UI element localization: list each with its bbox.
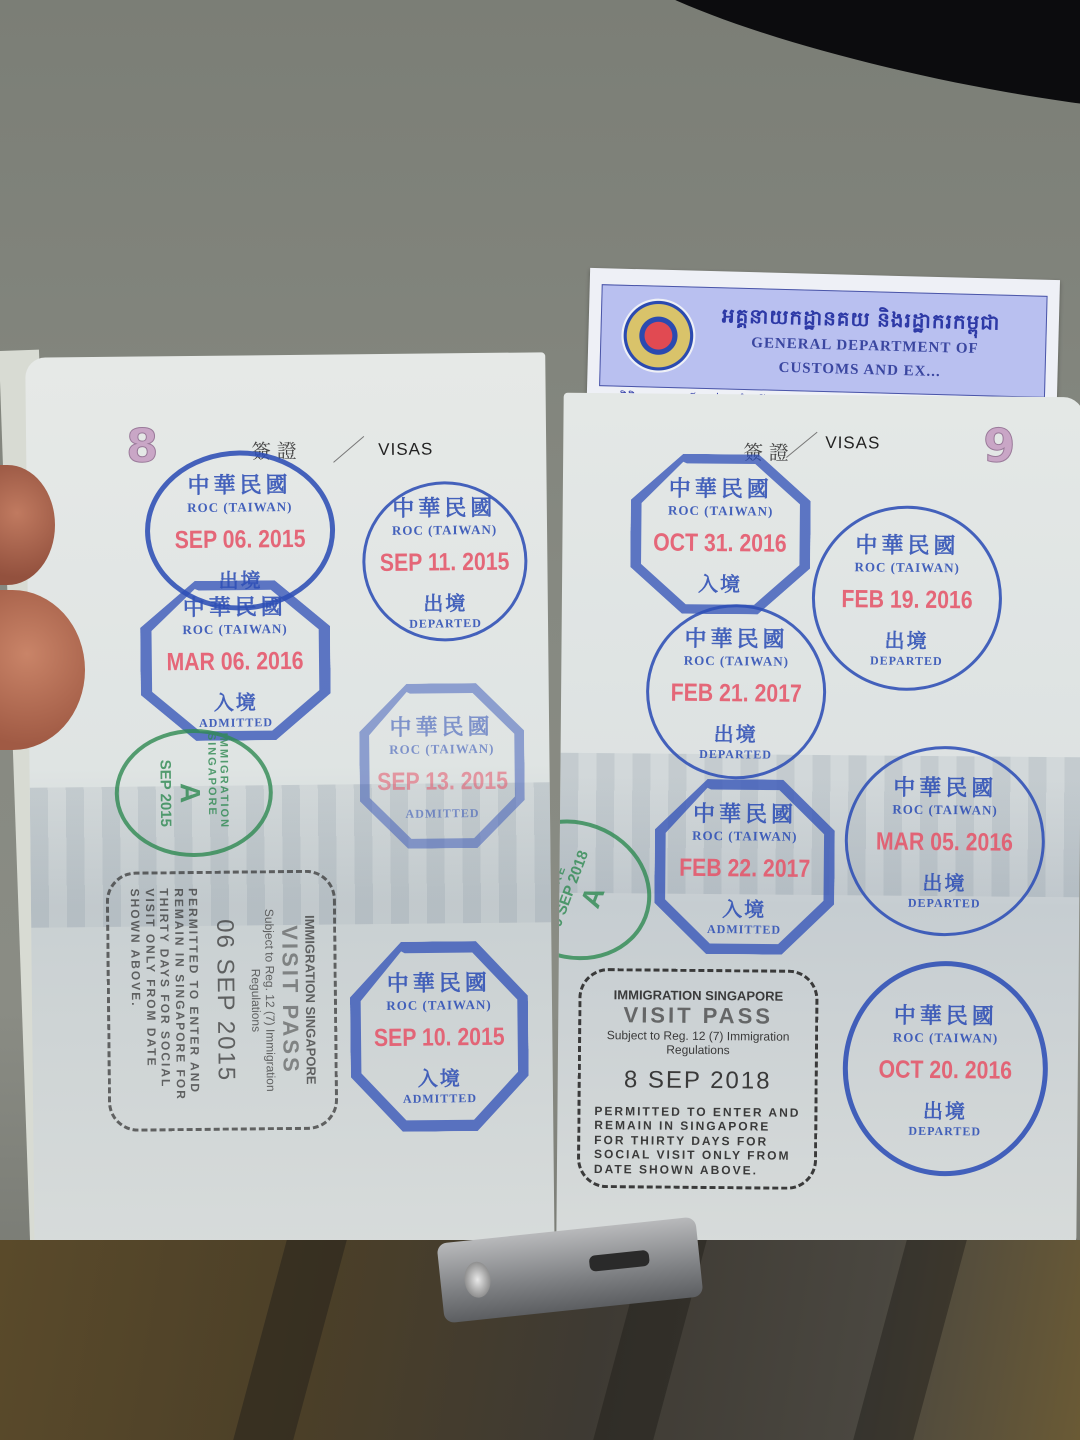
stamp-kind: DEPARTED [908, 896, 981, 912]
stamp-roc-label: ROC (TAIWAN) [892, 802, 997, 819]
stamp-roc-label: ROC (TAIWAN) [893, 1029, 998, 1046]
stamp-date: SEP 10. 2015 [374, 1023, 505, 1053]
stamp-action: 出境 [922, 867, 966, 896]
visas-header: VISAS [825, 433, 880, 453]
fabric-fold [853, 1240, 967, 1440]
stamp-date: MAR 05. 2016 [876, 827, 1013, 857]
page-number: 8 [126, 418, 159, 472]
roc-stamp: 中華民國 ROC (TAIWAN) MAR 05. 2016 出境 DEPART… [844, 745, 1046, 937]
stamp-mark: A [574, 882, 611, 912]
fabric-fold [233, 1240, 347, 1440]
visit-pass-title: VISIT PASS [595, 1002, 801, 1030]
stamp-action: 出境 [923, 1094, 967, 1123]
stamp-roc-label: ROC (TAIWAN) [187, 498, 292, 515]
buckle-slot [589, 1250, 650, 1272]
stamp-roc-label: ROC (TAIWAN) [854, 559, 959, 576]
stamp-action: 入境 [698, 567, 742, 596]
header-divider [786, 432, 818, 458]
stamp-label: IMMIGRATION SINGAPORE [206, 733, 231, 853]
stamp-date: MAR 06. 2016 [167, 647, 304, 677]
stamp-chinese-title: 中華民國 [392, 491, 496, 523]
stamp-kind: ADMITTED [405, 806, 479, 822]
stamp-date: FEB 21. 2017 [670, 678, 801, 708]
page-number: 9 [983, 418, 1015, 472]
stamp-chinese-title: 中華民國 [183, 590, 287, 622]
stamp-chinese-title: 中華民國 [389, 710, 493, 742]
visit-pass-regulation: Subject to Reg. 12 (7) Immigration Regul… [595, 1028, 801, 1058]
roc-stamp: 中華民國 ROC (TAIWAN) OCT 20. 2016 出境 DEPART… [842, 960, 1049, 1177]
stamp-chinese-title: 中華民國 [684, 621, 788, 653]
stamp-kind: ADMITTED [707, 922, 781, 938]
stamp-chinese-title: 中華民國 [893, 771, 997, 803]
buckle-rivet [463, 1260, 493, 1299]
stamp-roc-label: ROC (TAIWAN) [182, 621, 287, 638]
stamp-roc-label: ROC (TAIWAN) [386, 997, 491, 1014]
stamp-date: FEB 22. 2017 [679, 853, 810, 883]
visit-pass-title: VISIT PASS [276, 887, 304, 1113]
stamp-chinese-title: 中華民國 [693, 796, 797, 828]
singapore-visit-pass-stamp: IMMIGRATION SINGAPORE VISIT PASS Subject… [577, 968, 819, 1190]
stamp-date: SEP 2015 [157, 760, 175, 827]
stamp-action: 出境 [423, 587, 467, 616]
stamp-date: OCT 31. 2016 [654, 528, 788, 558]
stamp-date: SEP 11. 2015 [380, 548, 510, 578]
visit-pass-authority: IMMIGRATION SINGAPORE [302, 887, 319, 1113]
stamp-mark: A [174, 783, 206, 804]
stamp-action: 入境 [214, 686, 258, 715]
stamp-date: FEB 19. 2016 [841, 585, 972, 615]
stamp-kind: ADMITTED [199, 715, 273, 731]
tray-table-edge [595, 0, 1080, 151]
roc-stamp: 中華民國 ROC (TAIWAN) SEP 13. 2015 ADMITTED [359, 683, 526, 850]
passport-page-left: 8 簽 證 VISAS 中華民國 ROC (TAIWAN) SEP 06. 20… [25, 352, 555, 1272]
stamp-chinese-title: 中華民國 [187, 467, 291, 499]
visas-header: VISAS [378, 439, 433, 460]
roc-stamp: 中華民國 ROC (TAIWAN) SEP 11. 2015 出境 DEPART… [362, 481, 529, 643]
stamp-kind: ADMITTED [403, 1091, 477, 1107]
stamp-kind: DEPARTED [699, 746, 772, 762]
visit-pass-terms: PERMITTED TO ENTER AND REMAIN IN SINGAPO… [594, 1104, 801, 1178]
roc-stamp: 中華民國 ROC (TAIWAN) FEB 21. 2017 出境 DEPART… [645, 603, 827, 780]
passport-page-right: 簽 證 VISAS 9 中華民國 ROC (TAIWAN) OCT 31. 20… [556, 393, 1080, 1248]
stamp-kind: DEPARTED [908, 1123, 981, 1139]
stamp-date: OCT 20. 2016 [878, 1055, 1012, 1085]
stamp-action: 出境 [884, 624, 928, 653]
visit-pass-terms: PERMITTED TO ENTER AND REMAIN IN SINGAPO… [128, 888, 202, 1115]
stamp-chinese-title: 中華民國 [669, 471, 773, 503]
stamp-date: SEP 13. 2015 [377, 767, 508, 797]
stamp-action: 出境 [714, 718, 758, 747]
stamp-roc-label: ROC (TAIWAN) [692, 827, 797, 844]
roc-stamp: 中華民國 ROC (TAIWAN) FEB 22. 2017 入境 ADMITT… [654, 779, 836, 956]
customs-english-line1: GENERAL DEPARTMENT OF [751, 335, 979, 358]
roc-stamp: 中華民國 ROC (TAIWAN) OCT 31. 2016 入境 [630, 453, 811, 615]
customs-english-line2: CUSTOMS AND EX... [778, 360, 941, 381]
stamp-action: 入境 [418, 1062, 462, 1091]
roc-stamp: 中華民國 ROC (TAIWAN) MAR 06. 2016 入境 ADMITT… [140, 580, 332, 742]
customs-khmer-title: អគ្គនាយកដ្ឋានគយ និងរដ្ឋាករកម្ពុជា [722, 302, 1001, 339]
stamp-roc-label: ROC (TAIWAN) [392, 522, 497, 539]
stamp-action: 入境 [722, 893, 766, 922]
stamp-kind: DEPARTED [409, 616, 482, 632]
stamp-roc-label: ROC (TAIWAN) [389, 741, 494, 758]
stamp-roc-label: ROC (TAIWAN) [668, 502, 773, 519]
stamp-chinese-title: 中華民國 [894, 998, 998, 1030]
stamp-chinese-title: 中華民國 [855, 528, 959, 560]
singapore-visit-pass-stamp: IMMIGRATION SINGAPORE VISIT PASS Subject… [106, 870, 339, 1132]
customs-card-header: អគ្គនាយកដ្ឋានគយ និងរដ្ឋាករកម្ពុជា GENERA… [599, 284, 1048, 398]
visit-pass-date: 8 SEP 2018 [595, 1066, 801, 1096]
customs-seal-icon [620, 298, 696, 374]
header-divider [333, 436, 364, 463]
visit-pass-authority: IMMIGRATION SINGAPORE [595, 987, 801, 1004]
stamp-date: SEP 06. 2015 [175, 524, 306, 554]
roc-stamp: 中華民國 ROC (TAIWAN) SEP 10. 2015 入境 ADMITT… [349, 941, 529, 1133]
visit-pass-regulation: Subject to Reg. 12 (7) Immigration Regul… [248, 887, 278, 1113]
roc-stamp: 中華民國 ROC (TAIWAN) FEB 19. 2016 出境 DEPART… [811, 505, 1003, 692]
stamp-kind: DEPARTED [870, 653, 943, 669]
visit-pass-date: 06 SEP 2015 [210, 888, 240, 1114]
stamp-chinese-title: 中華民國 [387, 966, 491, 998]
stamp-roc-label: ROC (TAIWAN) [684, 652, 789, 669]
